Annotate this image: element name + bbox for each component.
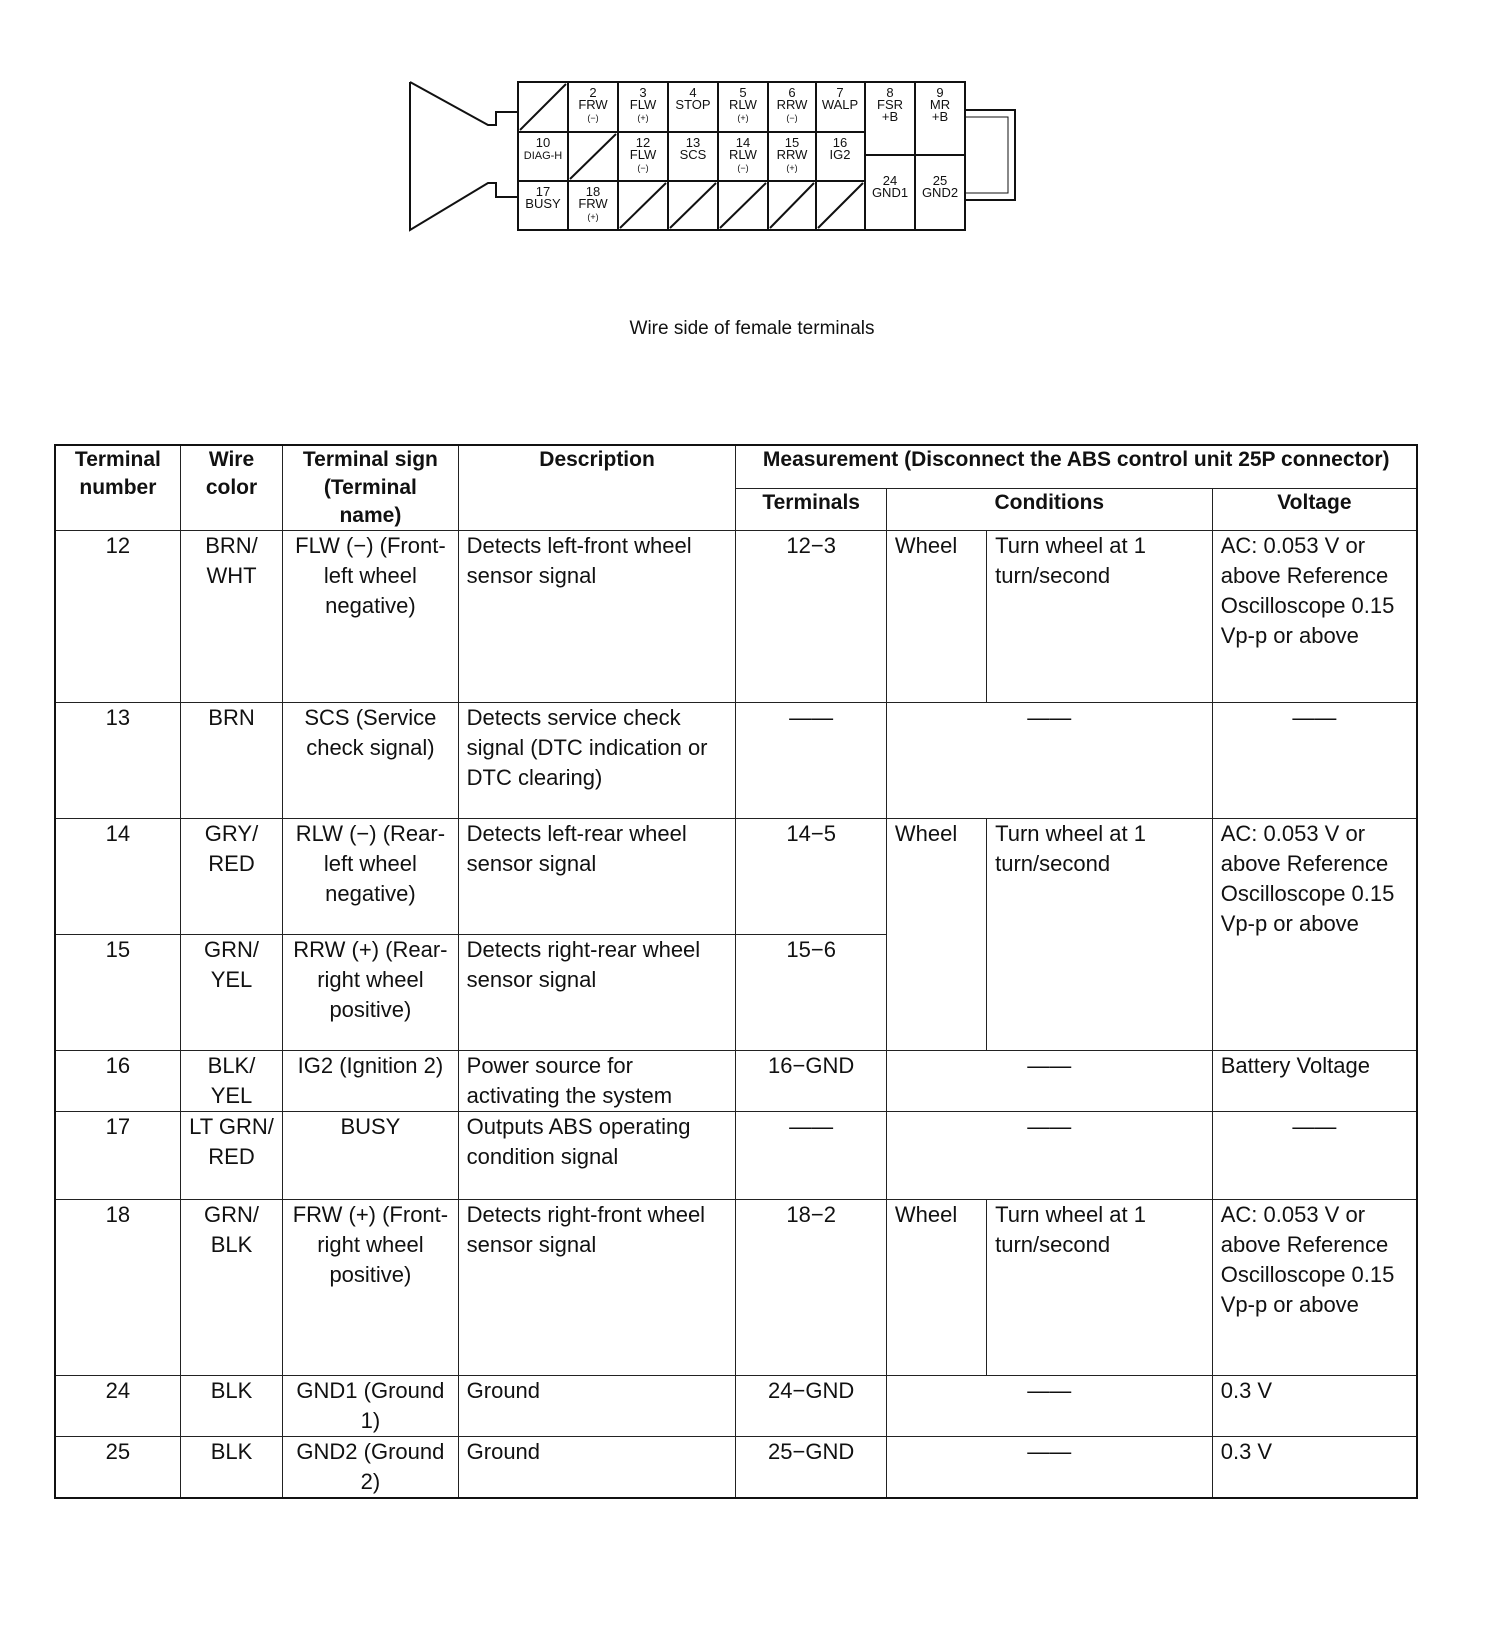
- header-terminals: Terminals: [736, 488, 886, 530]
- svg-text:(+): (+): [786, 163, 797, 173]
- cell-cond2: Turn wheel at 1 turn/second: [987, 819, 1213, 1051]
- cell-terminals: 14−5: [736, 819, 886, 935]
- cell-sign: BUSY: [283, 1112, 458, 1200]
- cell-desc: Power source for activating the system: [458, 1051, 736, 1112]
- cell-cond: ——: [886, 1376, 1212, 1437]
- table-row: 24 BLK GND1 (Ground 1) Ground 24−GND —— …: [55, 1376, 1417, 1437]
- cell-color: GRN/ YEL: [180, 935, 282, 1051]
- cell-cond2: Turn wheel at 1 turn/second: [987, 1200, 1213, 1376]
- svg-text:STOP: STOP: [675, 97, 710, 112]
- cell-sign: RLW (−) (Rear-left wheel negative): [283, 819, 458, 935]
- cell-cond: ——: [886, 1112, 1212, 1200]
- cell-cond1: Wheel: [886, 819, 986, 1051]
- header-measurement: Measurement (Disconnect the ABS control …: [736, 445, 1417, 488]
- cell-voltage: 0.3 V: [1212, 1376, 1417, 1437]
- svg-text:FLW: FLW: [630, 97, 657, 112]
- cell-terminals: 25−GND: [736, 1437, 886, 1499]
- cell-num: 18: [55, 1200, 180, 1376]
- cell-voltage: 0.3 V: [1212, 1437, 1417, 1499]
- header-conditions: Conditions: [886, 488, 1212, 530]
- cell-color: GRN/ BLK: [180, 1200, 282, 1376]
- cell-color: LT GRN/ RED: [180, 1112, 282, 1200]
- svg-text:GND2: GND2: [922, 185, 958, 200]
- cell-color: BRN/ WHT: [180, 531, 282, 703]
- cell-num: 12: [55, 531, 180, 703]
- cell-cond2: Turn wheel at 1 turn/second: [987, 531, 1213, 703]
- svg-text:SCS: SCS: [680, 147, 707, 162]
- header-voltage: Voltage: [1212, 488, 1417, 530]
- svg-text:WALP: WALP: [822, 97, 858, 112]
- cell-cond: ——: [886, 1051, 1212, 1112]
- svg-text:(−): (−): [587, 113, 598, 123]
- svg-text:(+): (+): [637, 113, 648, 123]
- cell-terminals: 12−3: [736, 531, 886, 703]
- cell-voltage: AC: 0.053 V or above Reference Oscillosc…: [1212, 819, 1417, 1051]
- cell-cond: ——: [886, 703, 1212, 819]
- cell-voltage: AC: 0.053 V or above Reference Oscillosc…: [1212, 531, 1417, 703]
- table-row: 18 GRN/ BLK FRW (+) (Front-right wheel p…: [55, 1200, 1417, 1376]
- svg-text:FRW: FRW: [578, 196, 608, 211]
- cell-color: BRN: [180, 703, 282, 819]
- svg-text:RRW: RRW: [777, 147, 809, 162]
- cell-num: 16: [55, 1051, 180, 1112]
- svg-text:(−): (−): [737, 163, 748, 173]
- cell-cond1: Wheel: [886, 531, 986, 703]
- svg-text:10: 10: [536, 135, 550, 150]
- cell-sign: FRW (+) (Front-right wheel positive): [283, 1200, 458, 1376]
- cell-voltage: AC: 0.053 V or above Reference Oscillosc…: [1212, 1200, 1417, 1376]
- cell-sign: FLW (−) (Front-left wheel negative): [283, 531, 458, 703]
- terminal-table: Terminal number Wire color Terminal sign…: [54, 444, 1418, 1499]
- svg-text:(−): (−): [637, 163, 648, 173]
- svg-text:FLW: FLW: [630, 147, 657, 162]
- cell-sign: IG2 (Ignition 2): [283, 1051, 458, 1112]
- cell-cond1: Wheel: [886, 1200, 986, 1376]
- svg-text:(+): (+): [587, 212, 598, 222]
- cell-sign: RRW (+) (Rear-right wheel positive): [283, 935, 458, 1051]
- cell-num: 13: [55, 703, 180, 819]
- cell-num: 25: [55, 1437, 180, 1499]
- cell-desc: Ground: [458, 1376, 736, 1437]
- table-row: 13 BRN SCS (Service check signal) Detect…: [55, 703, 1417, 819]
- connector-diagram: 2FRW(−)3FLW(+)4STOP5RLW(+)6RRW(−)7WALP8F…: [400, 75, 1040, 245]
- svg-text:RRW: RRW: [777, 97, 809, 112]
- svg-text:DIAG-H: DIAG-H: [524, 150, 563, 162]
- cell-terminals: 18−2: [736, 1200, 886, 1376]
- cell-voltage: ——: [1212, 1112, 1417, 1200]
- cell-desc: Detects right-rear wheel sensor signal: [458, 935, 736, 1051]
- cell-desc: Outputs ABS operating condition signal: [458, 1112, 736, 1200]
- diagram-caption: Wire side of female terminals: [0, 318, 1504, 340]
- table-row: 14 GRY/ RED RLW (−) (Rear-left wheel neg…: [55, 819, 1417, 935]
- cell-voltage: Battery Voltage: [1212, 1051, 1417, 1112]
- cell-terminals: 15−6: [736, 935, 886, 1051]
- cell-num: 24: [55, 1376, 180, 1437]
- header-wire-color: Wire color: [180, 445, 282, 531]
- header-description: Description: [458, 445, 736, 531]
- cell-color: BLK/ YEL: [180, 1051, 282, 1112]
- cell-num: 14: [55, 819, 180, 935]
- cell-sign: GND1 (Ground 1): [283, 1376, 458, 1437]
- table-row: 16 BLK/ YEL IG2 (Ignition 2) Power sourc…: [55, 1051, 1417, 1112]
- cell-color: GRY/ RED: [180, 819, 282, 935]
- cell-sign: SCS (Service check signal): [283, 703, 458, 819]
- svg-text:+B: +B: [932, 109, 948, 124]
- cell-terminals: ——: [736, 1112, 886, 1200]
- table-row: 12 BRN/ WHT FLW (−) (Front-left wheel ne…: [55, 531, 1417, 703]
- cell-color: BLK: [180, 1437, 282, 1499]
- cell-cond: ——: [886, 1437, 1212, 1499]
- cell-num: 17: [55, 1112, 180, 1200]
- table-row: 25 BLK GND2 (Ground 2) Ground 25−GND —— …: [55, 1437, 1417, 1499]
- header-terminal-sign: Terminal sign (Terminal name): [283, 445, 458, 531]
- svg-text:(−): (−): [786, 113, 797, 123]
- cell-desc: Detects service check signal (DTC indica…: [458, 703, 736, 819]
- cell-color: BLK: [180, 1376, 282, 1437]
- svg-text:IG2: IG2: [830, 147, 851, 162]
- cell-sign: GND2 (Ground 2): [283, 1437, 458, 1499]
- svg-text:RLW: RLW: [729, 97, 758, 112]
- cell-desc: Ground: [458, 1437, 736, 1499]
- cell-terminals: ——: [736, 703, 886, 819]
- cell-desc: Detects right-front wheel sensor signal: [458, 1200, 736, 1376]
- svg-text:BUSY: BUSY: [525, 196, 561, 211]
- svg-text:RLW: RLW: [729, 147, 758, 162]
- cell-terminals: 16−GND: [736, 1051, 886, 1112]
- svg-text:GND1: GND1: [872, 185, 908, 200]
- table-row: 17 LT GRN/ RED BUSY Outputs ABS operatin…: [55, 1112, 1417, 1200]
- cell-num: 15: [55, 935, 180, 1051]
- cell-terminals: 24−GND: [736, 1376, 886, 1437]
- cell-voltage: ——: [1212, 703, 1417, 819]
- svg-text:FRW: FRW: [578, 97, 608, 112]
- svg-text:(+): (+): [737, 113, 748, 123]
- header-terminal-number: Terminal number: [55, 445, 180, 531]
- svg-text:+B: +B: [882, 109, 898, 124]
- cell-desc: Detects left-front wheel sensor signal: [458, 531, 736, 703]
- cell-desc: Detects left-rear wheel sensor signal: [458, 819, 736, 935]
